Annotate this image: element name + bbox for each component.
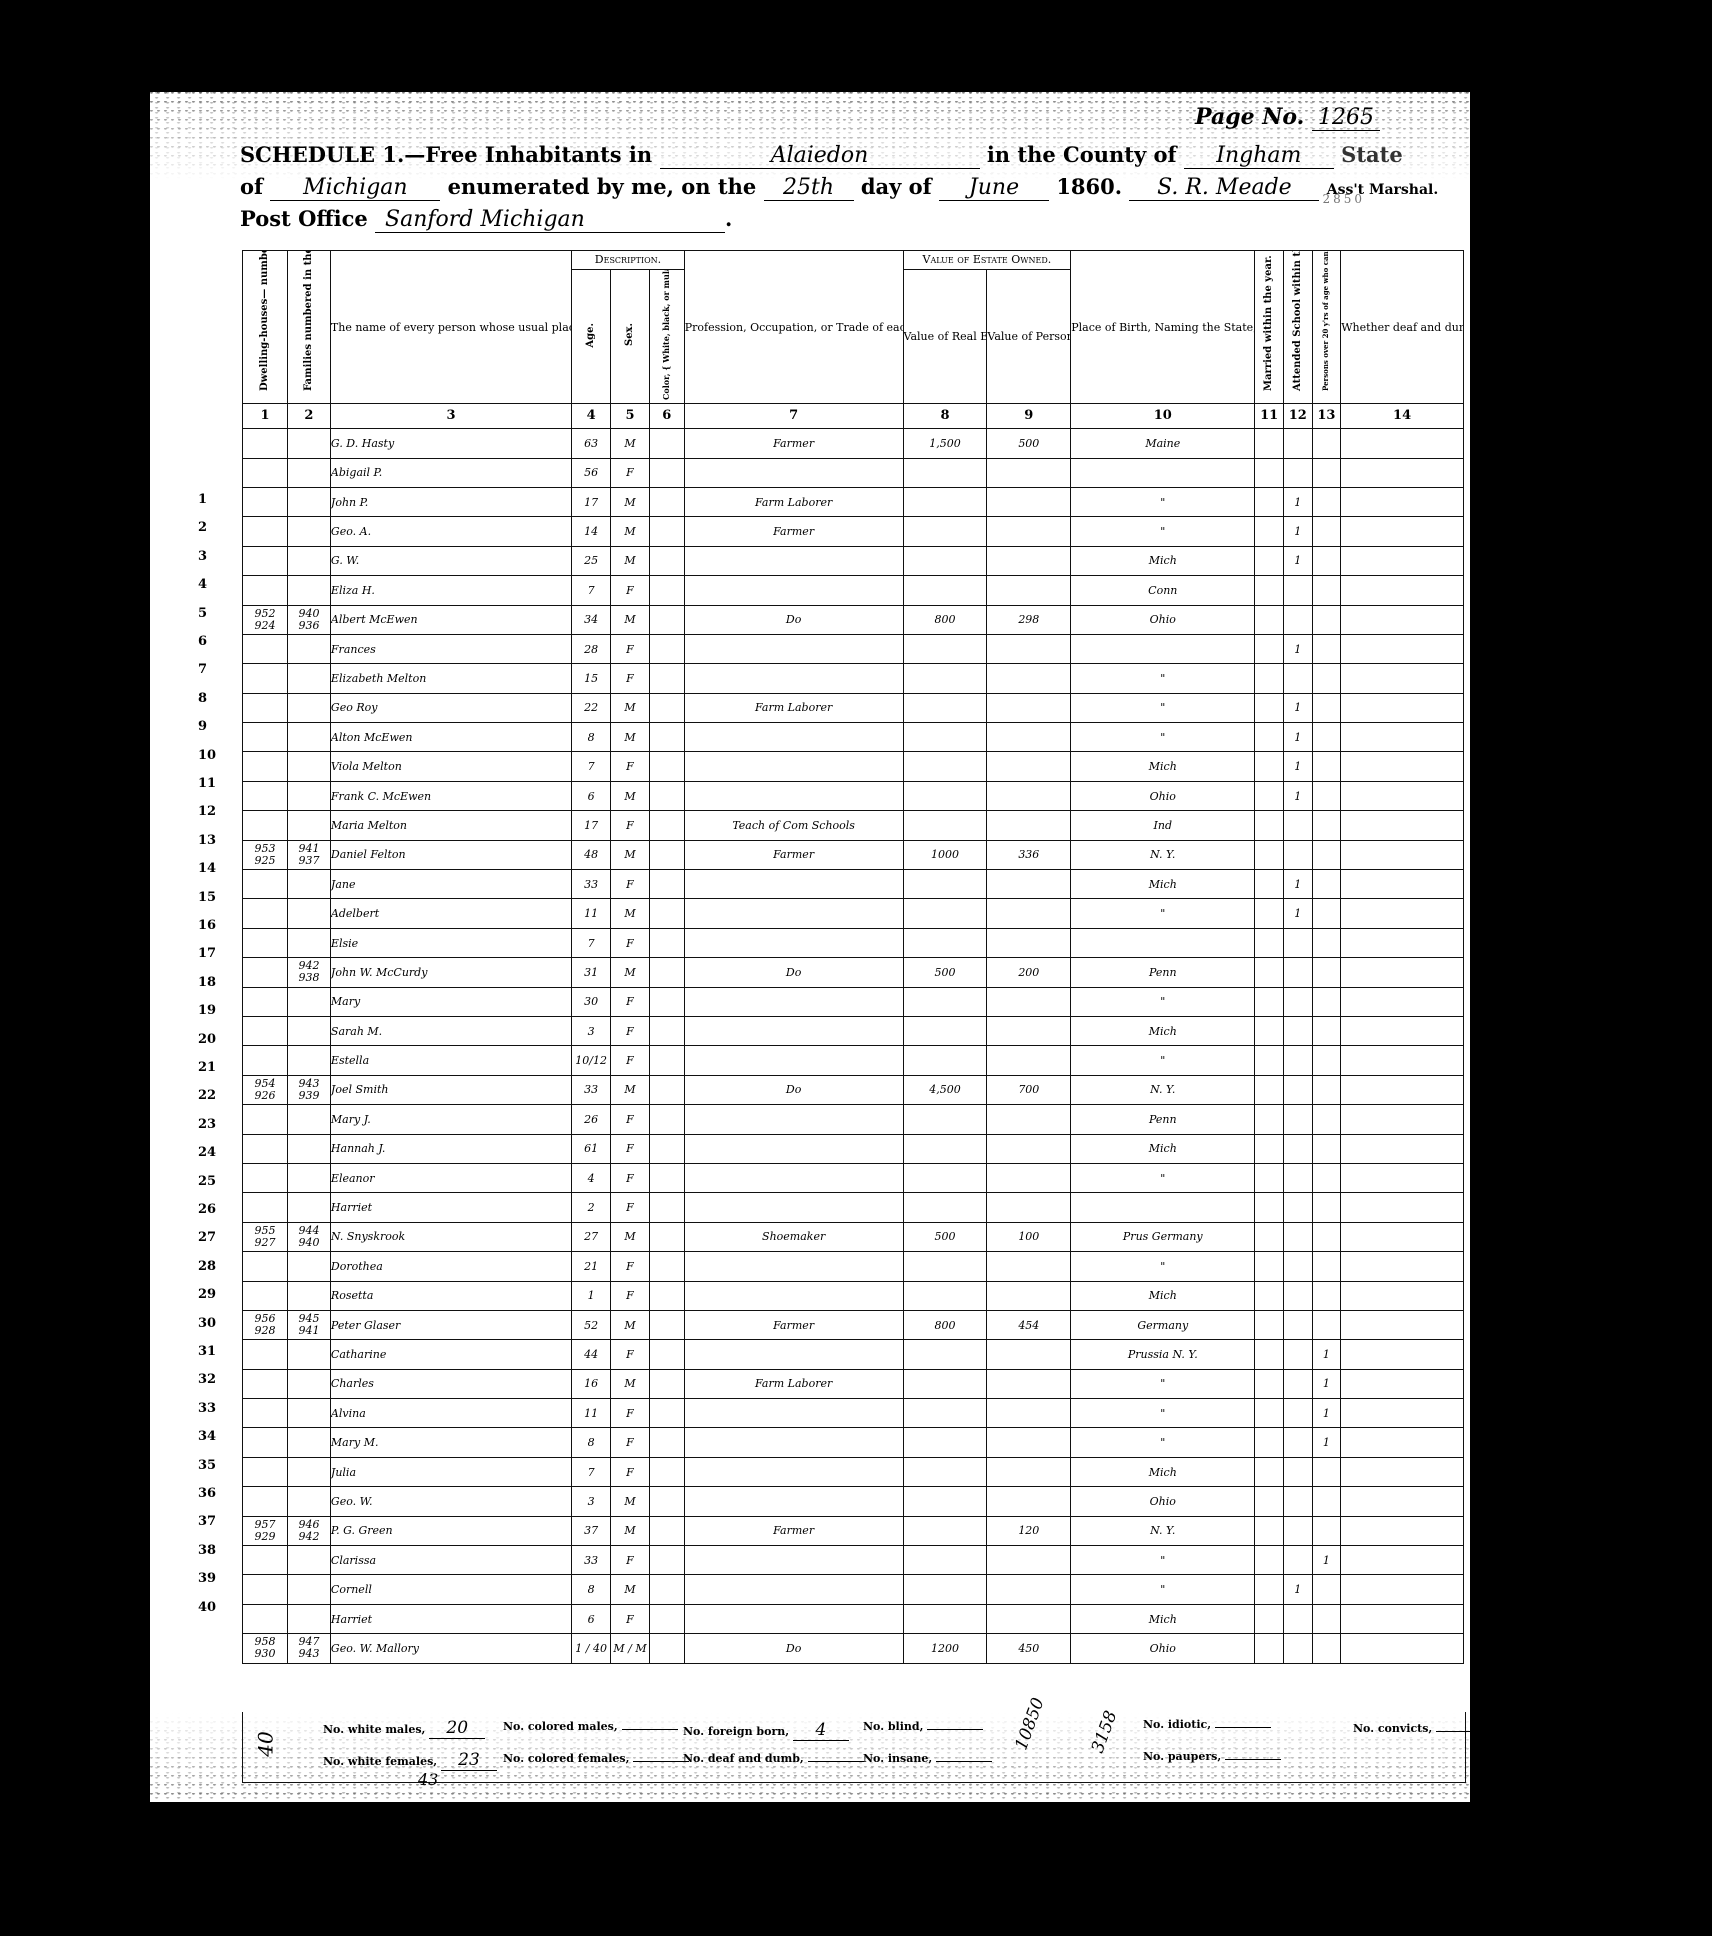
personal-estate-cell [987, 1017, 1071, 1046]
census-row: Estella10/12F" [243, 1046, 1464, 1075]
line-number: 2 [1478, 496, 1487, 511]
census-row: Catharine44FPrussia N. Y.1 [243, 1340, 1464, 1369]
column-number: 5 [611, 404, 650, 429]
illiterate-cell [1312, 987, 1341, 1016]
school-cell [1283, 958, 1312, 987]
line-number: 23 [198, 1117, 216, 1132]
census-row: Geo. W.3MOhio [243, 1487, 1464, 1516]
school-cell: 1 [1283, 752, 1312, 781]
estate-group-header: Value of Estate Owned. [903, 251, 1071, 270]
sex-cell: M [611, 840, 650, 869]
column-number: 9 [987, 404, 1071, 429]
occupation-cell: Farmer [684, 429, 903, 458]
school-cell [1283, 1252, 1312, 1281]
illiterate-cell [1312, 1604, 1341, 1633]
color-cell [649, 1193, 684, 1222]
sex-cell: F [611, 928, 650, 957]
real-estate-cell [903, 1516, 987, 1545]
condition-cell [1341, 723, 1464, 752]
illiterate-cell [1312, 928, 1341, 957]
dwelling-cell: 954926 [243, 1075, 288, 1104]
dwelling-cell [243, 1399, 288, 1428]
family-cell: 946942 [287, 1516, 330, 1545]
col-name-header: The name of every person whose usual pla… [330, 251, 571, 404]
sex-cell: F [611, 1399, 650, 1428]
family-cell [287, 429, 330, 458]
age-cell: 4 [572, 1163, 611, 1192]
color-cell [649, 1575, 684, 1604]
married-cell [1255, 1487, 1284, 1516]
line-number: 26 [1478, 1178, 1496, 1193]
occupation-cell [684, 870, 903, 899]
married-cell [1255, 987, 1284, 1016]
sex-cell: M [611, 693, 650, 722]
name-cell: Albert McEwen [330, 605, 571, 634]
occupation-cell: Farmer [684, 840, 903, 869]
dwelling-cell [243, 634, 288, 663]
name-cell: Rosetta [330, 1281, 571, 1310]
dwelling-cell [243, 1134, 288, 1163]
school-cell [1283, 1222, 1312, 1251]
census-row: Viola Melton7FMich1 [243, 752, 1464, 781]
family-cell [287, 1428, 330, 1457]
name-cell: Catharine [330, 1340, 571, 1369]
personal-estate-cell [987, 723, 1071, 752]
condition-cell [1341, 811, 1464, 840]
line-number: 13 [198, 833, 216, 848]
post-office-line: Post Office Sanford Michigan. [240, 206, 732, 233]
occupation-cell [684, 546, 903, 575]
line-number: 29 [198, 1287, 216, 1302]
illiterate-cell [1312, 1075, 1341, 1104]
birthplace-cell [1071, 928, 1255, 957]
condition-cell [1341, 1428, 1464, 1457]
personal-estate-cell: 120 [987, 1516, 1071, 1545]
line-number: 17 [198, 946, 216, 961]
occupation-cell [684, 1575, 903, 1604]
line-number: 19 [1478, 979, 1496, 994]
birthplace-cell: Mich [1071, 1281, 1255, 1310]
line-number: 38 [198, 1543, 216, 1558]
color-cell [649, 1222, 684, 1251]
family-cell [287, 1252, 330, 1281]
color-cell [649, 1310, 684, 1339]
married-cell [1255, 1134, 1284, 1163]
line-number: 16 [198, 918, 216, 933]
birthplace-cell: Prus Germany [1071, 1222, 1255, 1251]
family-cell: 940936 [287, 605, 330, 634]
married-cell [1255, 723, 1284, 752]
real-estate-cell [903, 1163, 987, 1192]
personal-estate-cell: 336 [987, 840, 1071, 869]
family-cell [287, 1369, 330, 1398]
name-cell: Elsie [330, 928, 571, 957]
personal-estate-cell [987, 1487, 1071, 1516]
condition-cell [1341, 517, 1464, 546]
illiterate-cell [1312, 1516, 1341, 1545]
name-cell: John P. [330, 487, 571, 516]
sex-cell: F [611, 1134, 650, 1163]
real-estate-cell [903, 987, 987, 1016]
personal-estate-cell [987, 634, 1071, 663]
dwelling-cell [243, 1281, 288, 1310]
column-number: 11 [1255, 404, 1284, 429]
school-cell [1283, 1546, 1312, 1575]
family-cell [287, 664, 330, 693]
married-cell [1255, 928, 1284, 957]
school-cell: 1 [1283, 693, 1312, 722]
illiterate-cell: 1 [1312, 1428, 1341, 1457]
dwelling-cell [243, 1457, 288, 1486]
school-cell [1283, 1075, 1312, 1104]
white-males-count: No. white males, 20 [323, 1718, 485, 1739]
personal-estate-cell [987, 576, 1071, 605]
census-row: Harriet2F [243, 1193, 1464, 1222]
family-cell [287, 781, 330, 810]
dwelling-cell [243, 870, 288, 899]
dwelling-cell [243, 458, 288, 487]
school-cell [1283, 1193, 1312, 1222]
family-cell [287, 1340, 330, 1369]
personal-estate-cell [987, 781, 1071, 810]
name-cell: Alton McEwen [330, 723, 571, 752]
illiterate-cell [1312, 1046, 1341, 1075]
age-cell: 8 [572, 723, 611, 752]
blind-count: No. blind, [863, 1720, 983, 1733]
dwelling-cell [243, 1105, 288, 1134]
line-number: 19 [198, 1003, 216, 1018]
age-cell: 11 [572, 1399, 611, 1428]
color-cell [649, 1546, 684, 1575]
age-cell: 15 [572, 664, 611, 693]
real-estate-cell [903, 1369, 987, 1398]
age-cell: 3 [572, 1017, 611, 1046]
married-cell [1255, 1604, 1284, 1633]
condition-cell [1341, 1281, 1464, 1310]
condition-cell [1341, 605, 1464, 634]
family-cell [287, 899, 330, 928]
sex-cell: F [611, 664, 650, 693]
census-row: Frank C. McEwen6MOhio1 [243, 781, 1464, 810]
real-estate-cell [903, 1546, 987, 1575]
real-estate-cell [903, 1252, 987, 1281]
family-cell [287, 517, 330, 546]
occupation-cell [684, 1428, 903, 1457]
dwelling-cell: 958930 [243, 1634, 288, 1663]
col-illiterate-header: Persons over 20 y'rs of age who cannot r… [1312, 251, 1341, 404]
school-cell [1283, 1163, 1312, 1192]
color-cell [649, 1340, 684, 1369]
married-cell [1255, 1457, 1284, 1486]
condition-cell [1341, 1310, 1464, 1339]
colored-males-count: No. colored males, [503, 1720, 678, 1733]
age-cell: 6 [572, 781, 611, 810]
name-cell: Harriet [330, 1604, 571, 1633]
real-estate-cell [903, 664, 987, 693]
birthplace-cell: " [1071, 1252, 1255, 1281]
birthplace-cell [1071, 634, 1255, 663]
real-estate-cell [903, 576, 987, 605]
married-cell [1255, 1222, 1284, 1251]
condition-cell [1341, 987, 1464, 1016]
condition-cell [1341, 781, 1464, 810]
real-estate-cell [903, 1134, 987, 1163]
age-cell: 22 [572, 693, 611, 722]
birthplace-cell: " [1071, 899, 1255, 928]
condition-cell [1341, 752, 1464, 781]
age-cell: 33 [572, 870, 611, 899]
age-cell: 33 [572, 1546, 611, 1575]
school-cell [1283, 458, 1312, 487]
real-estate-cell [903, 487, 987, 516]
family-cell [287, 987, 330, 1016]
occupation-cell [684, 1105, 903, 1134]
name-cell: Mary J. [330, 1105, 571, 1134]
illiterate-cell [1312, 1105, 1341, 1134]
school-cell: 1 [1283, 487, 1312, 516]
census-row: Rosetta1FMich [243, 1281, 1464, 1310]
birthplace-cell: Mich [1071, 752, 1255, 781]
occupation-cell [684, 723, 903, 752]
personal-estate-cell [987, 1369, 1071, 1398]
census-row: Frances28F1 [243, 634, 1464, 663]
sex-cell: F [611, 1457, 650, 1486]
idiotic-count: No. idiotic, [1143, 1718, 1271, 1731]
school-cell [1283, 1516, 1312, 1545]
day-field: 25th [764, 175, 854, 201]
illiterate-cell [1312, 899, 1341, 928]
married-cell [1255, 576, 1284, 605]
line-number: 36 [1478, 1462, 1496, 1477]
illiterate-cell [1312, 1252, 1341, 1281]
census-row: Jane33FMich1 [243, 870, 1464, 899]
condition-cell [1341, 1457, 1464, 1486]
family-cell [287, 1134, 330, 1163]
illiterate-cell [1312, 840, 1341, 869]
condition-cell [1341, 546, 1464, 575]
family-cell [287, 1546, 330, 1575]
illiterate-cell [1312, 1281, 1341, 1310]
sex-cell: F [611, 811, 650, 840]
school-cell [1283, 840, 1312, 869]
illiterate-cell [1312, 1017, 1341, 1046]
school-cell [1283, 811, 1312, 840]
occupation-cell [684, 1134, 903, 1163]
sex-cell: F [611, 1546, 650, 1575]
name-cell: Julia [330, 1457, 571, 1486]
census-row: Mary M.8F"1 [243, 1428, 1464, 1457]
personal-estate-cell [987, 928, 1071, 957]
color-cell [649, 1487, 684, 1516]
line-number: 28 [198, 1259, 216, 1274]
condition-cell [1341, 1252, 1464, 1281]
birthplace-cell: Conn [1071, 576, 1255, 605]
color-cell [649, 1428, 684, 1457]
occupation-cell [684, 1017, 903, 1046]
line-number: 10 [198, 748, 216, 763]
line-number: 30 [198, 1316, 216, 1331]
dwelling-cell [243, 664, 288, 693]
census-row: Eliza H.7FConn [243, 576, 1464, 605]
schedule-title: SCHEDULE 1.—Free Inhabitants in [240, 142, 652, 167]
school-cell [1283, 1310, 1312, 1339]
age-cell: 48 [572, 840, 611, 869]
sex-cell: M [611, 429, 650, 458]
illiterate-cell [1312, 605, 1341, 634]
illiterate-cell [1312, 958, 1341, 987]
census-row: 954926943939Joel Smith33MDo4,500700N. Y. [243, 1075, 1464, 1104]
deaf-dumb-count: No. deaf and dumb, [683, 1752, 864, 1765]
line-number: 34 [1478, 1405, 1496, 1420]
personal-estate-cell [987, 811, 1071, 840]
condition-cell [1341, 1222, 1464, 1251]
dwelling-cell [243, 487, 288, 516]
condition-cell [1341, 1546, 1464, 1575]
line-number: 25 [1478, 1150, 1496, 1165]
condition-cell [1341, 576, 1464, 605]
column-number: 14 [1341, 404, 1464, 429]
personal-estate-cell: 500 [987, 429, 1071, 458]
real-estate-cell [903, 1399, 987, 1428]
dwelling-cell [243, 517, 288, 546]
school-cell [1283, 987, 1312, 1016]
sex-cell: M [611, 1310, 650, 1339]
family-cell: 947943 [287, 1634, 330, 1663]
age-cell: 26 [572, 1105, 611, 1134]
condition-cell [1341, 1604, 1464, 1633]
dwelling-cell [243, 576, 288, 605]
line-number: 28 [1478, 1235, 1496, 1250]
census-row: Geo. A.14MFarmer"1 [243, 517, 1464, 546]
sex-cell: F [611, 1017, 650, 1046]
age-cell: 11 [572, 899, 611, 928]
name-cell: Maria Melton [330, 811, 571, 840]
line-number: 33 [198, 1401, 216, 1416]
page-number: Page No. 1265 [1195, 104, 1380, 130]
condition-cell [1341, 1634, 1464, 1663]
line-number: 1 [198, 492, 207, 507]
family-cell [287, 458, 330, 487]
name-cell: Dorothea [330, 1252, 571, 1281]
color-cell [649, 870, 684, 899]
col-real-estate-header: Value of Real Estate. [903, 270, 987, 404]
married-cell [1255, 1163, 1284, 1192]
line-number: 24 [198, 1145, 216, 1160]
line-number: 9 [198, 719, 207, 734]
col-family-header: Families numbered in the order of visita… [287, 251, 330, 404]
personal-estate-cell [987, 458, 1071, 487]
illiterate-cell [1312, 723, 1341, 752]
family-cell: 945941 [287, 1310, 330, 1339]
line-number: 11 [198, 776, 216, 791]
married-cell [1255, 1634, 1284, 1663]
school-cell [1283, 1428, 1312, 1457]
age-cell: 1 [572, 1281, 611, 1310]
illiterate-cell [1312, 752, 1341, 781]
age-cell: 2 [572, 1193, 611, 1222]
census-row: Elizabeth Melton15F" [243, 664, 1464, 693]
married-cell [1255, 1281, 1284, 1310]
occupation-cell [684, 576, 903, 605]
real-estate-cell [903, 1428, 987, 1457]
real-estate-cell [903, 693, 987, 722]
sex-cell: M / M [611, 1634, 650, 1663]
col-condition-header: Whether deaf and dumb, blind, insane, id… [1341, 251, 1464, 404]
line-number: 18 [1478, 951, 1496, 966]
real-estate-cell [903, 1193, 987, 1222]
line-number: 37 [198, 1514, 216, 1529]
dwelling-cell: 953925 [243, 840, 288, 869]
illiterate-cell [1312, 1222, 1341, 1251]
post-office-field: Sanford Michigan [375, 207, 725, 233]
occupation-cell: Do [684, 1075, 903, 1104]
line-number: 7 [1478, 638, 1487, 653]
col-personal-estate-header: Value of Personal Estate. [987, 270, 1071, 404]
dwelling-cell [243, 1046, 288, 1075]
occupation-cell: Shoemaker [684, 1222, 903, 1251]
census-row: Charles16MFarm Laborer"1 [243, 1369, 1464, 1398]
col-birthplace-header: Place of Birth, Naming the State, Territ… [1071, 251, 1255, 404]
illiterate-cell [1312, 458, 1341, 487]
white-females-count: No. white females, 23 [323, 1750, 497, 1771]
visitation-number: 940 [288, 608, 330, 620]
personal-estate-cell [987, 1340, 1071, 1369]
birthplace-cell: Maine [1071, 429, 1255, 458]
name-cell: Frank C. McEwen [330, 781, 571, 810]
line-number: 27 [198, 1230, 216, 1245]
age-cell: 7 [572, 576, 611, 605]
birthplace-cell: " [1071, 987, 1255, 1016]
real-estate-cell [903, 752, 987, 781]
sex-cell: F [611, 1193, 650, 1222]
birthplace-cell: N. Y. [1071, 1516, 1255, 1545]
illiterate-cell [1312, 693, 1341, 722]
birthplace-cell: " [1071, 1046, 1255, 1075]
condition-cell [1341, 1105, 1464, 1134]
foreign-born-count: No. foreign born, 4 [683, 1720, 849, 1741]
line-number: 39 [1478, 1547, 1496, 1562]
real-estate-cell: 1200 [903, 1634, 987, 1663]
sex-cell: F [611, 1105, 650, 1134]
census-row: Cornell8M"1 [243, 1575, 1464, 1604]
illiterate-cell: 1 [1312, 1399, 1341, 1428]
real-estate-cell: 500 [903, 1222, 987, 1251]
line-number: 11 [1478, 752, 1496, 767]
revised-number: 936 [288, 620, 330, 632]
name-cell: Clarissa [330, 1546, 571, 1575]
condition-cell [1341, 1017, 1464, 1046]
line-number: 20 [198, 1032, 216, 1047]
birthplace-cell: " [1071, 1163, 1255, 1192]
dwelling-cell [243, 1428, 288, 1457]
real-estate-cell [903, 1017, 987, 1046]
family-cell [287, 752, 330, 781]
condition-cell [1341, 928, 1464, 957]
dwelling-cell [243, 723, 288, 752]
name-cell: Cornell [330, 1575, 571, 1604]
line-number: 29 [1478, 1263, 1496, 1278]
birthplace-cell: Ohio [1071, 1634, 1255, 1663]
real-estate-cell [903, 811, 987, 840]
age-cell: 31 [572, 958, 611, 987]
sex-cell: F [611, 1604, 650, 1633]
birthplace-cell: Mich [1071, 546, 1255, 575]
line-number: 32 [1478, 1348, 1496, 1363]
color-cell [649, 1634, 684, 1663]
revised-number: 925 [243, 855, 287, 867]
illiterate-cell [1312, 1134, 1341, 1163]
dwelling-cell [243, 1369, 288, 1398]
